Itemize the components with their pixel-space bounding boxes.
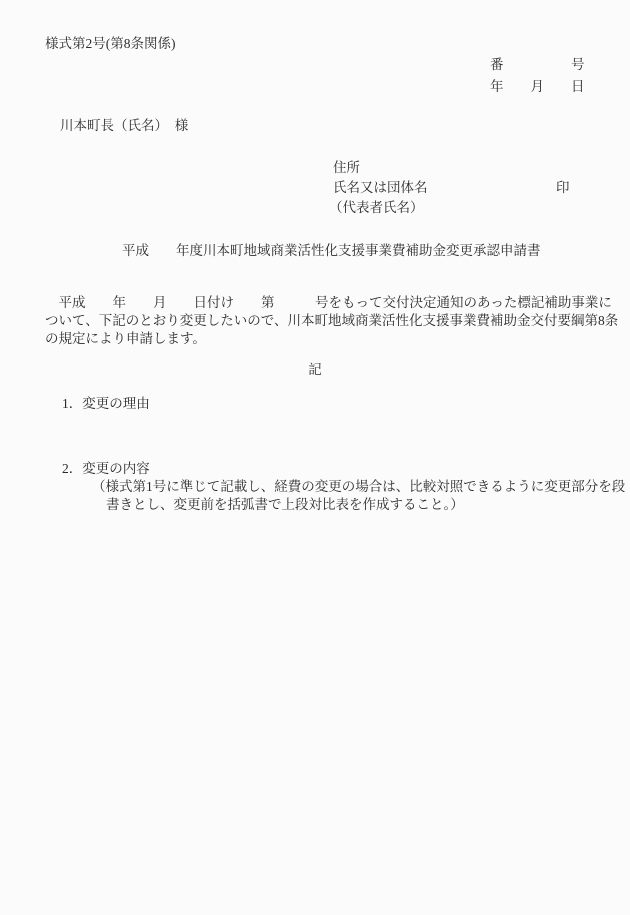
item-1-label: 1．変更の理由 (62, 395, 150, 413)
ki-marker: 記 (0, 361, 630, 379)
body-paragraph-line: の規定により申請します。 (45, 330, 206, 348)
address-label: 住所 (333, 159, 360, 177)
body-paragraph-line: ついて、下記のとおり変更したいので、川本町地域商業活性化支援事業費補助金交付要綱… (45, 312, 618, 330)
applicant-name-label: 氏名又は団体名 (333, 179, 428, 197)
document-page: 様式第2号(第8条関係) 番 号 年 月 日 川本町長（氏名） 様 住所 氏名又… (0, 0, 630, 915)
item-2-label: 2．変更の内容 (62, 460, 150, 478)
item-2-note-line: 書きとし、変更前を括弧書で上段対比表を作成すること。） (106, 496, 464, 514)
form-number-label: 様式第2号(第8条関係) (45, 35, 176, 53)
date-blank-line: 年 月 日 (490, 78, 585, 96)
document-title: 平成 年度川本町地域商業活性化支援事業費補助金変更承認申請書 (122, 242, 541, 260)
body-paragraph-line: 平成 年 月 日付け 第 号をもって交付決定通知のあった標記補助事業に (45, 294, 612, 312)
seal-label: 印 (556, 179, 570, 197)
recipient-line: 川本町長（氏名） 様 (60, 117, 188, 135)
representative-name-label: （代表者氏名） (329, 199, 424, 217)
document-number-blank-line: 番 号 (490, 56, 585, 74)
item-2-note-line: （様式第1号に準じて記載し、経費の変更の場合は、比較対照できるように変更部分を段 (92, 478, 625, 496)
